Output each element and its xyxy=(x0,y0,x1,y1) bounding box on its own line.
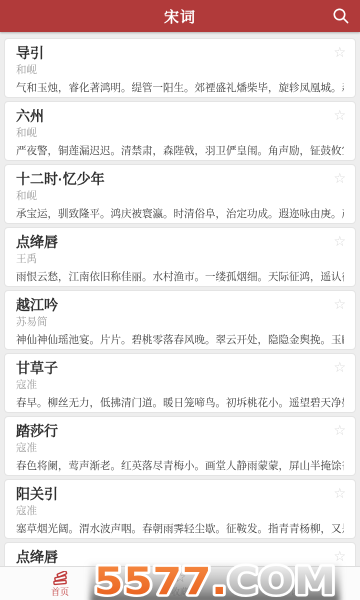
app-header: 宋词 xyxy=(0,0,360,32)
star-icon: ☆ xyxy=(174,571,187,586)
poem-author: 和岘 xyxy=(16,190,344,203)
tab-home-label: 首页 xyxy=(51,587,69,597)
favorite-star-icon[interactable]: ☆ xyxy=(333,550,346,564)
bottom-nav: 首页 ☆ 收藏 ⚙ 设置 xyxy=(0,566,360,600)
poem-title: 越江吟 xyxy=(16,297,344,314)
poem-excerpt: 承宝运，驯致隆平。鸿庆被寰瀛。时清俗阜，治定功成。遐迩咏由庚。严郊… xyxy=(16,207,344,221)
favorite-star-icon[interactable]: ☆ xyxy=(333,298,346,312)
poem-card-dianjiangchun-2[interactable]: 点绛唇 ☆ 寇准 xyxy=(4,542,356,566)
favorite-star-icon[interactable]: ☆ xyxy=(333,235,346,249)
poem-title: 甘草子 xyxy=(16,360,344,377)
poem-card-shiershi[interactable]: 十二时·忆少年 ☆ 和岘 承宝运，驯致隆平。鸿庆被寰瀛。时清俗阜，治定功成。遐迩… xyxy=(4,164,356,224)
tab-settings-label: 设置 xyxy=(291,587,309,597)
poem-author: 寇准 xyxy=(16,442,344,455)
poem-author: 王禹 xyxy=(16,253,344,266)
poem-list: 导引 ☆ 和岘 气和玉烛，睿化著鸿明。缇管一阳生。郊禋盛礼燔柴毕，旋轸凤凰城。森… xyxy=(0,32,360,566)
poem-title: 点绛唇 xyxy=(16,549,344,566)
tab-favorites-label: 收藏 xyxy=(171,587,189,597)
favorite-star-icon[interactable]: ☆ xyxy=(333,109,346,123)
poem-excerpt: 春色将阑，莺声渐老。红英落尽青梅小。画堂人静雨蒙蒙，屏山半掩馀香袅… xyxy=(16,459,344,473)
poem-author: 寇准 xyxy=(16,379,344,392)
poem-card-yuejiangyin[interactable]: 越江吟 ☆ 苏易简 神仙神仙瑶池宴。片片。碧桃零落春风晚。翠云开处，隐隐金舆挽。… xyxy=(4,290,356,350)
poem-card-tasuoxing[interactable]: 踏莎行 ☆ 寇准 春色将阑，莺声渐老。红英落尽青梅小。画堂人静雨蒙蒙，屏山半掩馀… xyxy=(4,416,356,476)
favorite-star-icon[interactable]: ☆ xyxy=(333,361,346,375)
favorite-star-icon[interactable]: ☆ xyxy=(333,172,346,186)
tab-settings[interactable]: ⚙ 设置 xyxy=(240,567,360,600)
poem-excerpt: 塞草烟光阔。渭水波声咽。春朝雨霁轻尘歇。征鞍发。指青青杨柳，又是轻… xyxy=(16,522,344,536)
book-stack-icon xyxy=(51,571,70,586)
search-icon[interactable] xyxy=(331,6,351,26)
poem-title: 六州 xyxy=(16,108,344,125)
poem-title: 导引 xyxy=(16,45,344,62)
poem-title: 十二时·忆少年 xyxy=(16,171,344,188)
poem-excerpt: 气和玉烛，睿化著鸿明。缇管一阳生。郊禋盛礼燔柴毕，旋轸凤凰城。森罗… xyxy=(16,81,344,95)
favorite-star-icon[interactable]: ☆ xyxy=(333,487,346,501)
poem-author: 和岘 xyxy=(16,127,344,140)
poem-title: 点绛唇 xyxy=(16,234,344,251)
poem-card-liuzhou[interactable]: 六州 ☆ 和岘 严夜警，铜莲漏迟迟。清禁肃，森陛戟，羽卫俨皇闱。角声励，钲鼓攸宜… xyxy=(4,101,356,161)
poem-author: 和岘 xyxy=(16,64,344,77)
app-screen: 宋词 导引 ☆ 和岘 气和玉烛，睿化著鸿明。缇管一阳生。郊禋盛礼燔柴毕，旋轸凤凰… xyxy=(0,0,360,600)
favorite-star-icon[interactable]: ☆ xyxy=(333,46,346,60)
poem-card-dianjiangchun-1[interactable]: 点绛唇 ☆ 王禹 雨恨云愁，江南依旧称佳丽。水村渔市。一缕孤烟细。天际征鸿，遥认… xyxy=(4,227,356,287)
tab-home[interactable]: 首页 xyxy=(0,567,120,600)
poem-excerpt: 春早。柳丝无力，低拂清门道。暖日笼啼鸟。初坼桃花小。遥望碧天净如扫… xyxy=(16,396,344,410)
page-title: 宋词 xyxy=(164,6,196,27)
poem-author: 寇准 xyxy=(16,505,344,518)
poem-card-yangguanyin[interactable]: 阳关引 ☆ 寇准 塞草烟光阔。渭水波声咽。春朝雨霁轻尘歇。征鞍发。指青青杨柳，又… xyxy=(4,479,356,539)
poem-excerpt: 神仙神仙瑶池宴。片片。碧桃零落春风晚。翠云开处，隐隐金舆挽。玉麟背… xyxy=(16,333,344,347)
tab-favorites[interactable]: ☆ 收藏 xyxy=(120,567,240,600)
poem-card-gancaozi[interactable]: 甘草子 ☆ 寇准 春早。柳丝无力，低拂清门道。暖日笼啼鸟。初坼桃花小。遥望碧天净… xyxy=(4,353,356,413)
poem-card-daoyin[interactable]: 导引 ☆ 和岘 气和玉烛，睿化著鸿明。缇管一阳生。郊禋盛礼燔柴毕，旋轸凤凰城。森… xyxy=(4,38,356,98)
poem-author: 苏易简 xyxy=(16,316,344,329)
poem-title: 踏莎行 xyxy=(16,423,344,440)
poem-title: 阳关引 xyxy=(16,486,344,503)
poem-excerpt: 雨恨云愁，江南依旧称佳丽。水村渔市。一缕孤烟细。天际征鸿，遥认行如… xyxy=(16,270,344,284)
poem-excerpt: 严夜警，铜莲漏迟迟。清禁肃，森陛戟，羽卫俨皇闱。角声励，钲鼓攸宜。… xyxy=(16,144,344,158)
favorite-star-icon[interactable]: ☆ xyxy=(333,424,346,438)
gear-icon: ⚙ xyxy=(294,571,307,586)
